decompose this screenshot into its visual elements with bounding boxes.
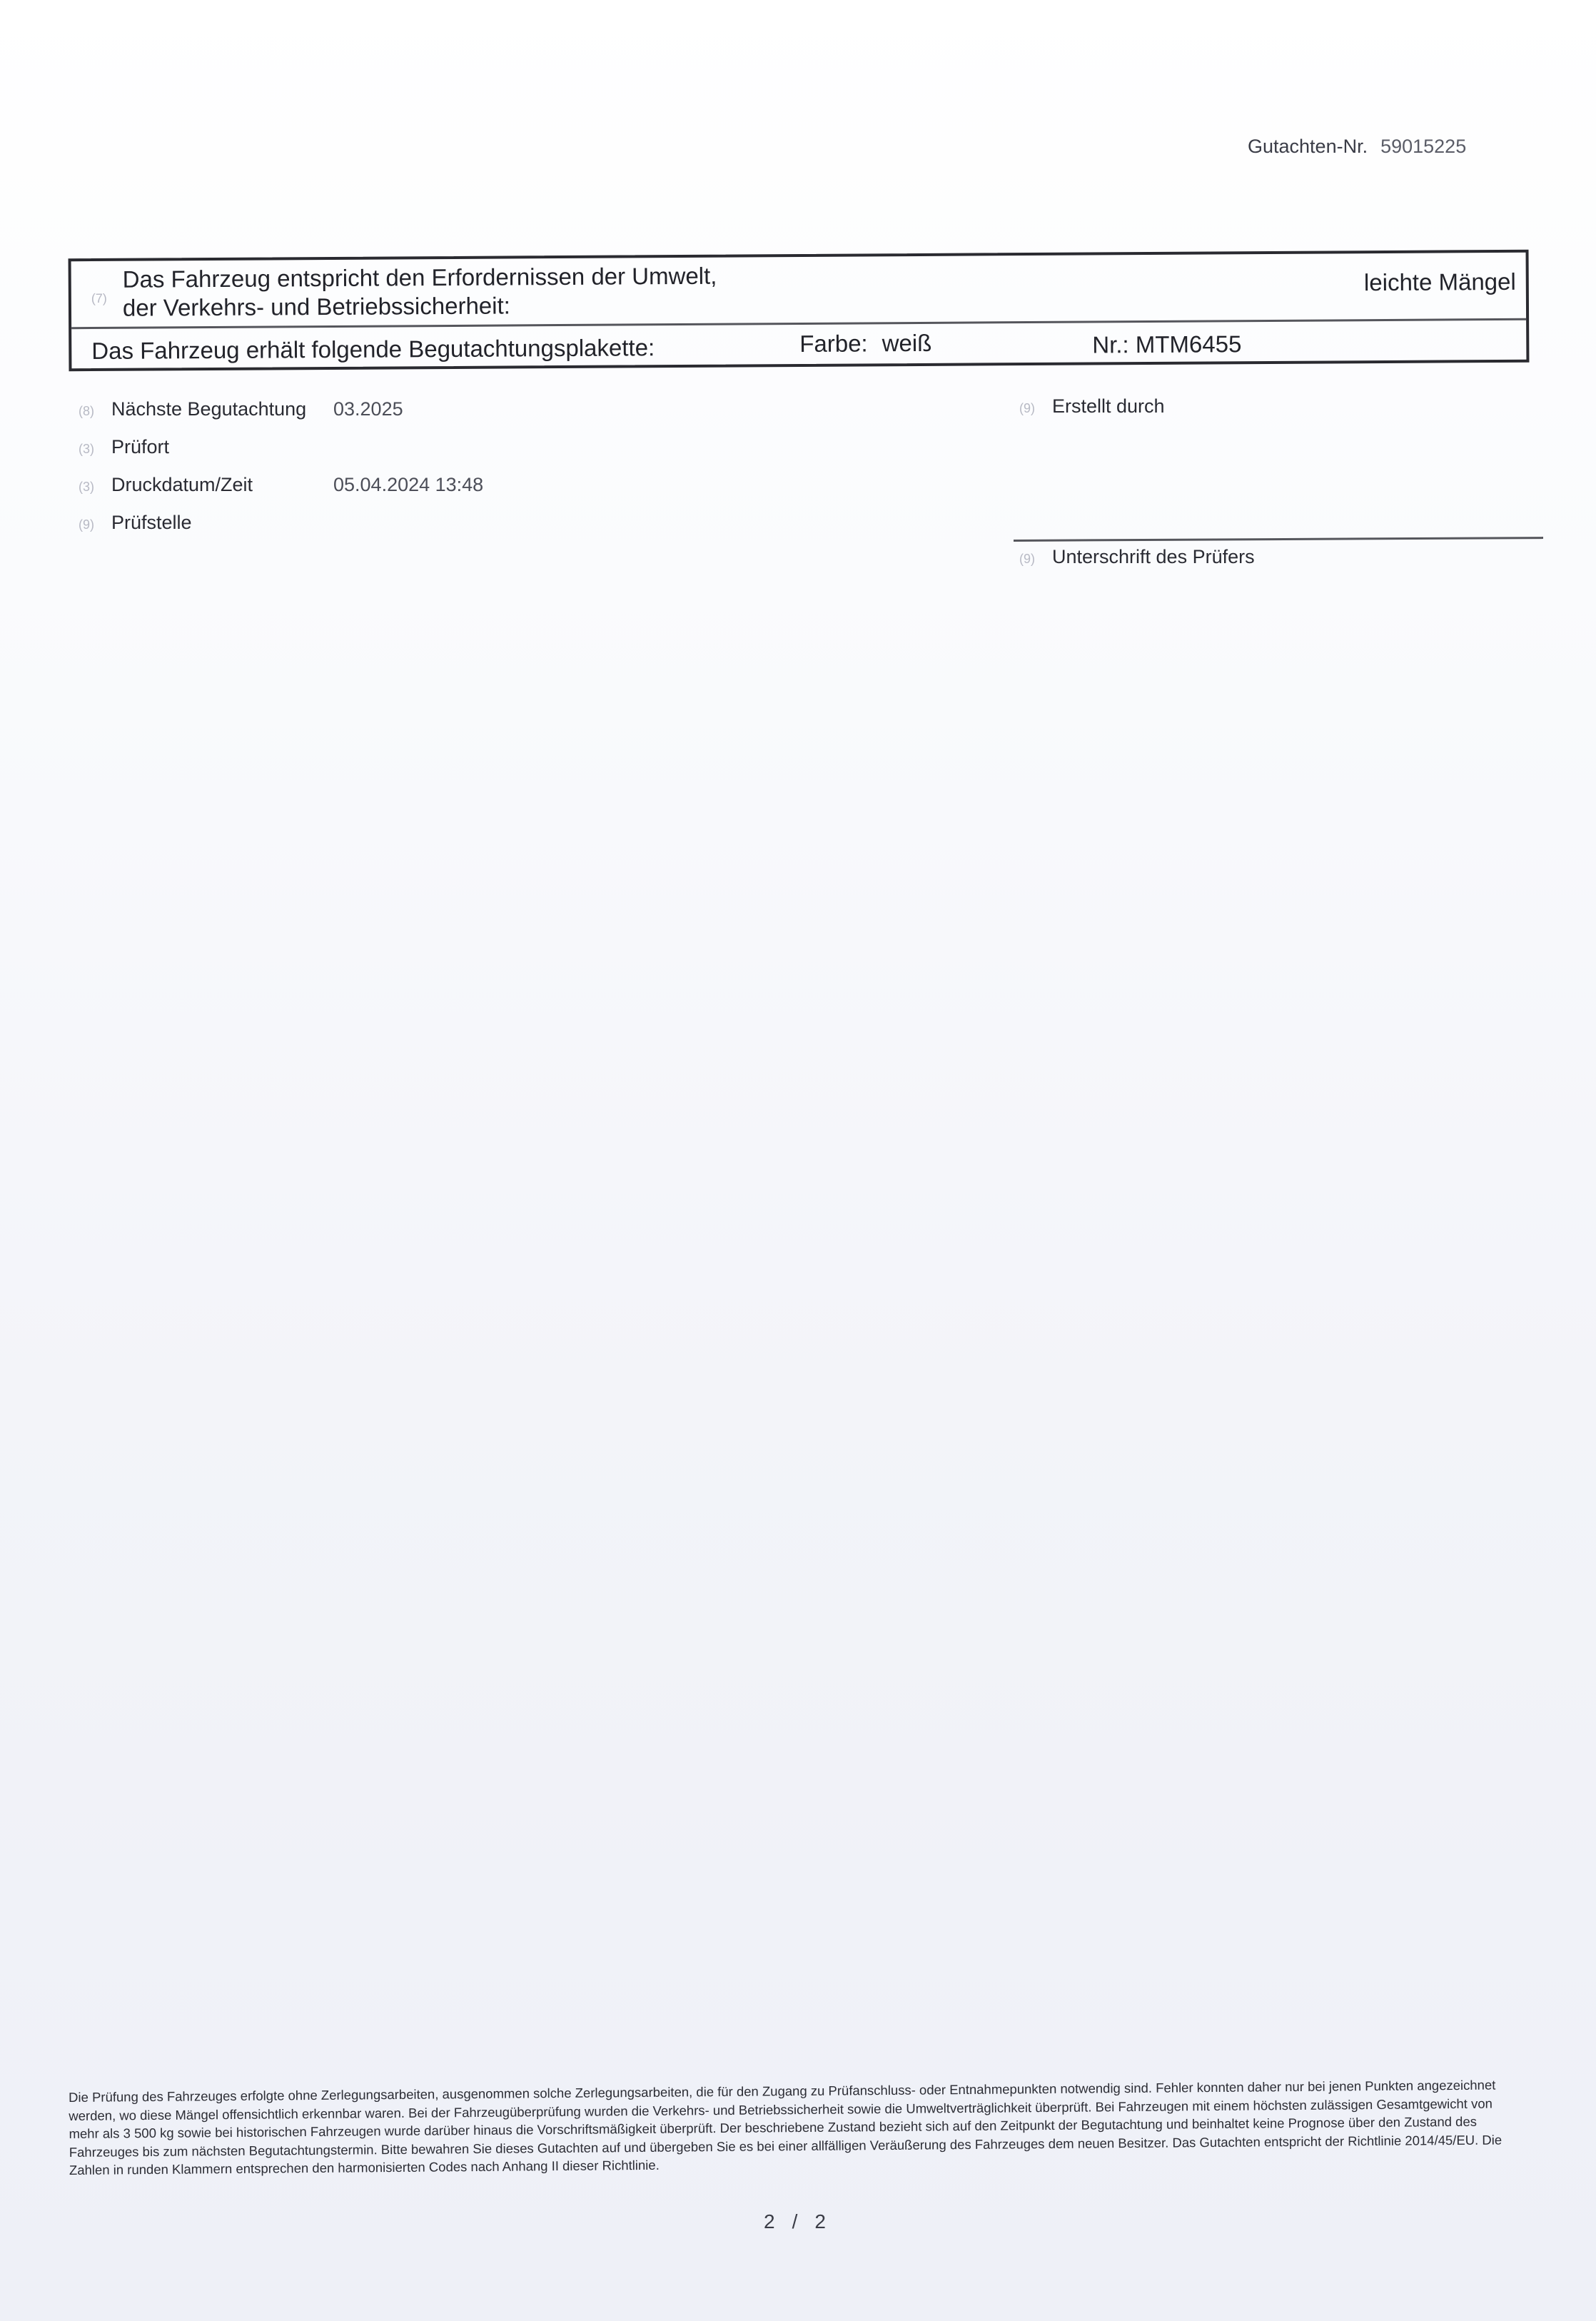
field-code: (8) [79,404,111,419]
plakette-row: Das Fahrzeug erhält folgende Begutachtun… [71,320,1526,368]
field-value: 03.2025 [333,398,403,420]
field-label: Druckdatum/Zeit [111,474,253,495]
signature-label: Unterschrift des Prüfers [1052,546,1255,567]
page-current: 2 [764,2210,777,2232]
field-code: (3) [79,442,111,457]
plakette-number-value: MTM6455 [1136,330,1242,358]
field-label: Nächste Begutachtung [111,398,306,420]
field-inspection-location: (3)Prüfort [79,436,169,458]
plakette-color-value: weiß [882,330,932,356]
created-by-label: Erstellt durch [1052,395,1165,417]
page-separator: / [792,2210,799,2232]
field-value: 05.04.2024 13:48 [333,474,483,496]
field-code: (9) [79,517,111,532]
verdict-statement-line2: der Verkehrs- und Betriebssicherheit: [123,290,717,323]
verdict-statement-line1: Das Fahrzeug entspricht den Erforderniss… [123,262,717,294]
field-label: Prüfort [111,436,169,457]
created-by-code: (9) [1019,401,1052,416]
disclaimer-text: Die Prüfung des Fahrzeuges erfolgte ohne… [69,2075,1504,2179]
verdict-statement-row: (7) Das Fahrzeug entspricht den Erforder… [71,253,1527,329]
verdict-code: (7) [91,291,107,306]
report-number-value: 59015225 [1380,136,1466,157]
plakette-number-label: Nr.: [1092,331,1129,358]
report-number-label: Gutachten-Nr. [1248,136,1368,157]
signature-code: (9) [1019,552,1052,567]
plakette-color: Farbe:weiß [799,330,931,358]
verdict-result: leichte Mängel [1364,268,1516,296]
verdict-box: (7) Das Fahrzeug entspricht den Erforder… [69,250,1530,371]
field-inspection-station: (9)Prüfstelle [79,512,192,534]
verdict-statement: Das Fahrzeug entspricht den Erforderniss… [123,262,717,323]
plakette-number: Nr.: MTM6455 [1092,330,1241,358]
page-number: 2/2 [764,2210,827,2233]
plakette-label: Das Fahrzeug erhält folgende Begutachtun… [91,334,655,365]
page-total: 2 [814,2210,827,2232]
created-by: (9)Erstellt durch [1019,395,1165,418]
inspector-signature: (9)Unterschrift des Prüfers [1019,546,1255,568]
field-label: Prüfstelle [111,512,192,533]
signature-line [1014,537,1543,542]
field-print-datetime: (3)Druckdatum/Zeit 05.04.2024 13:48 [79,474,253,496]
plakette-color-label: Farbe: [799,330,868,357]
report-number: Gutachten-Nr.59015225 [1248,136,1466,158]
field-code: (3) [79,480,111,495]
field-next-inspection: (8)Nächste Begutachtung 03.2025 [79,398,306,420]
